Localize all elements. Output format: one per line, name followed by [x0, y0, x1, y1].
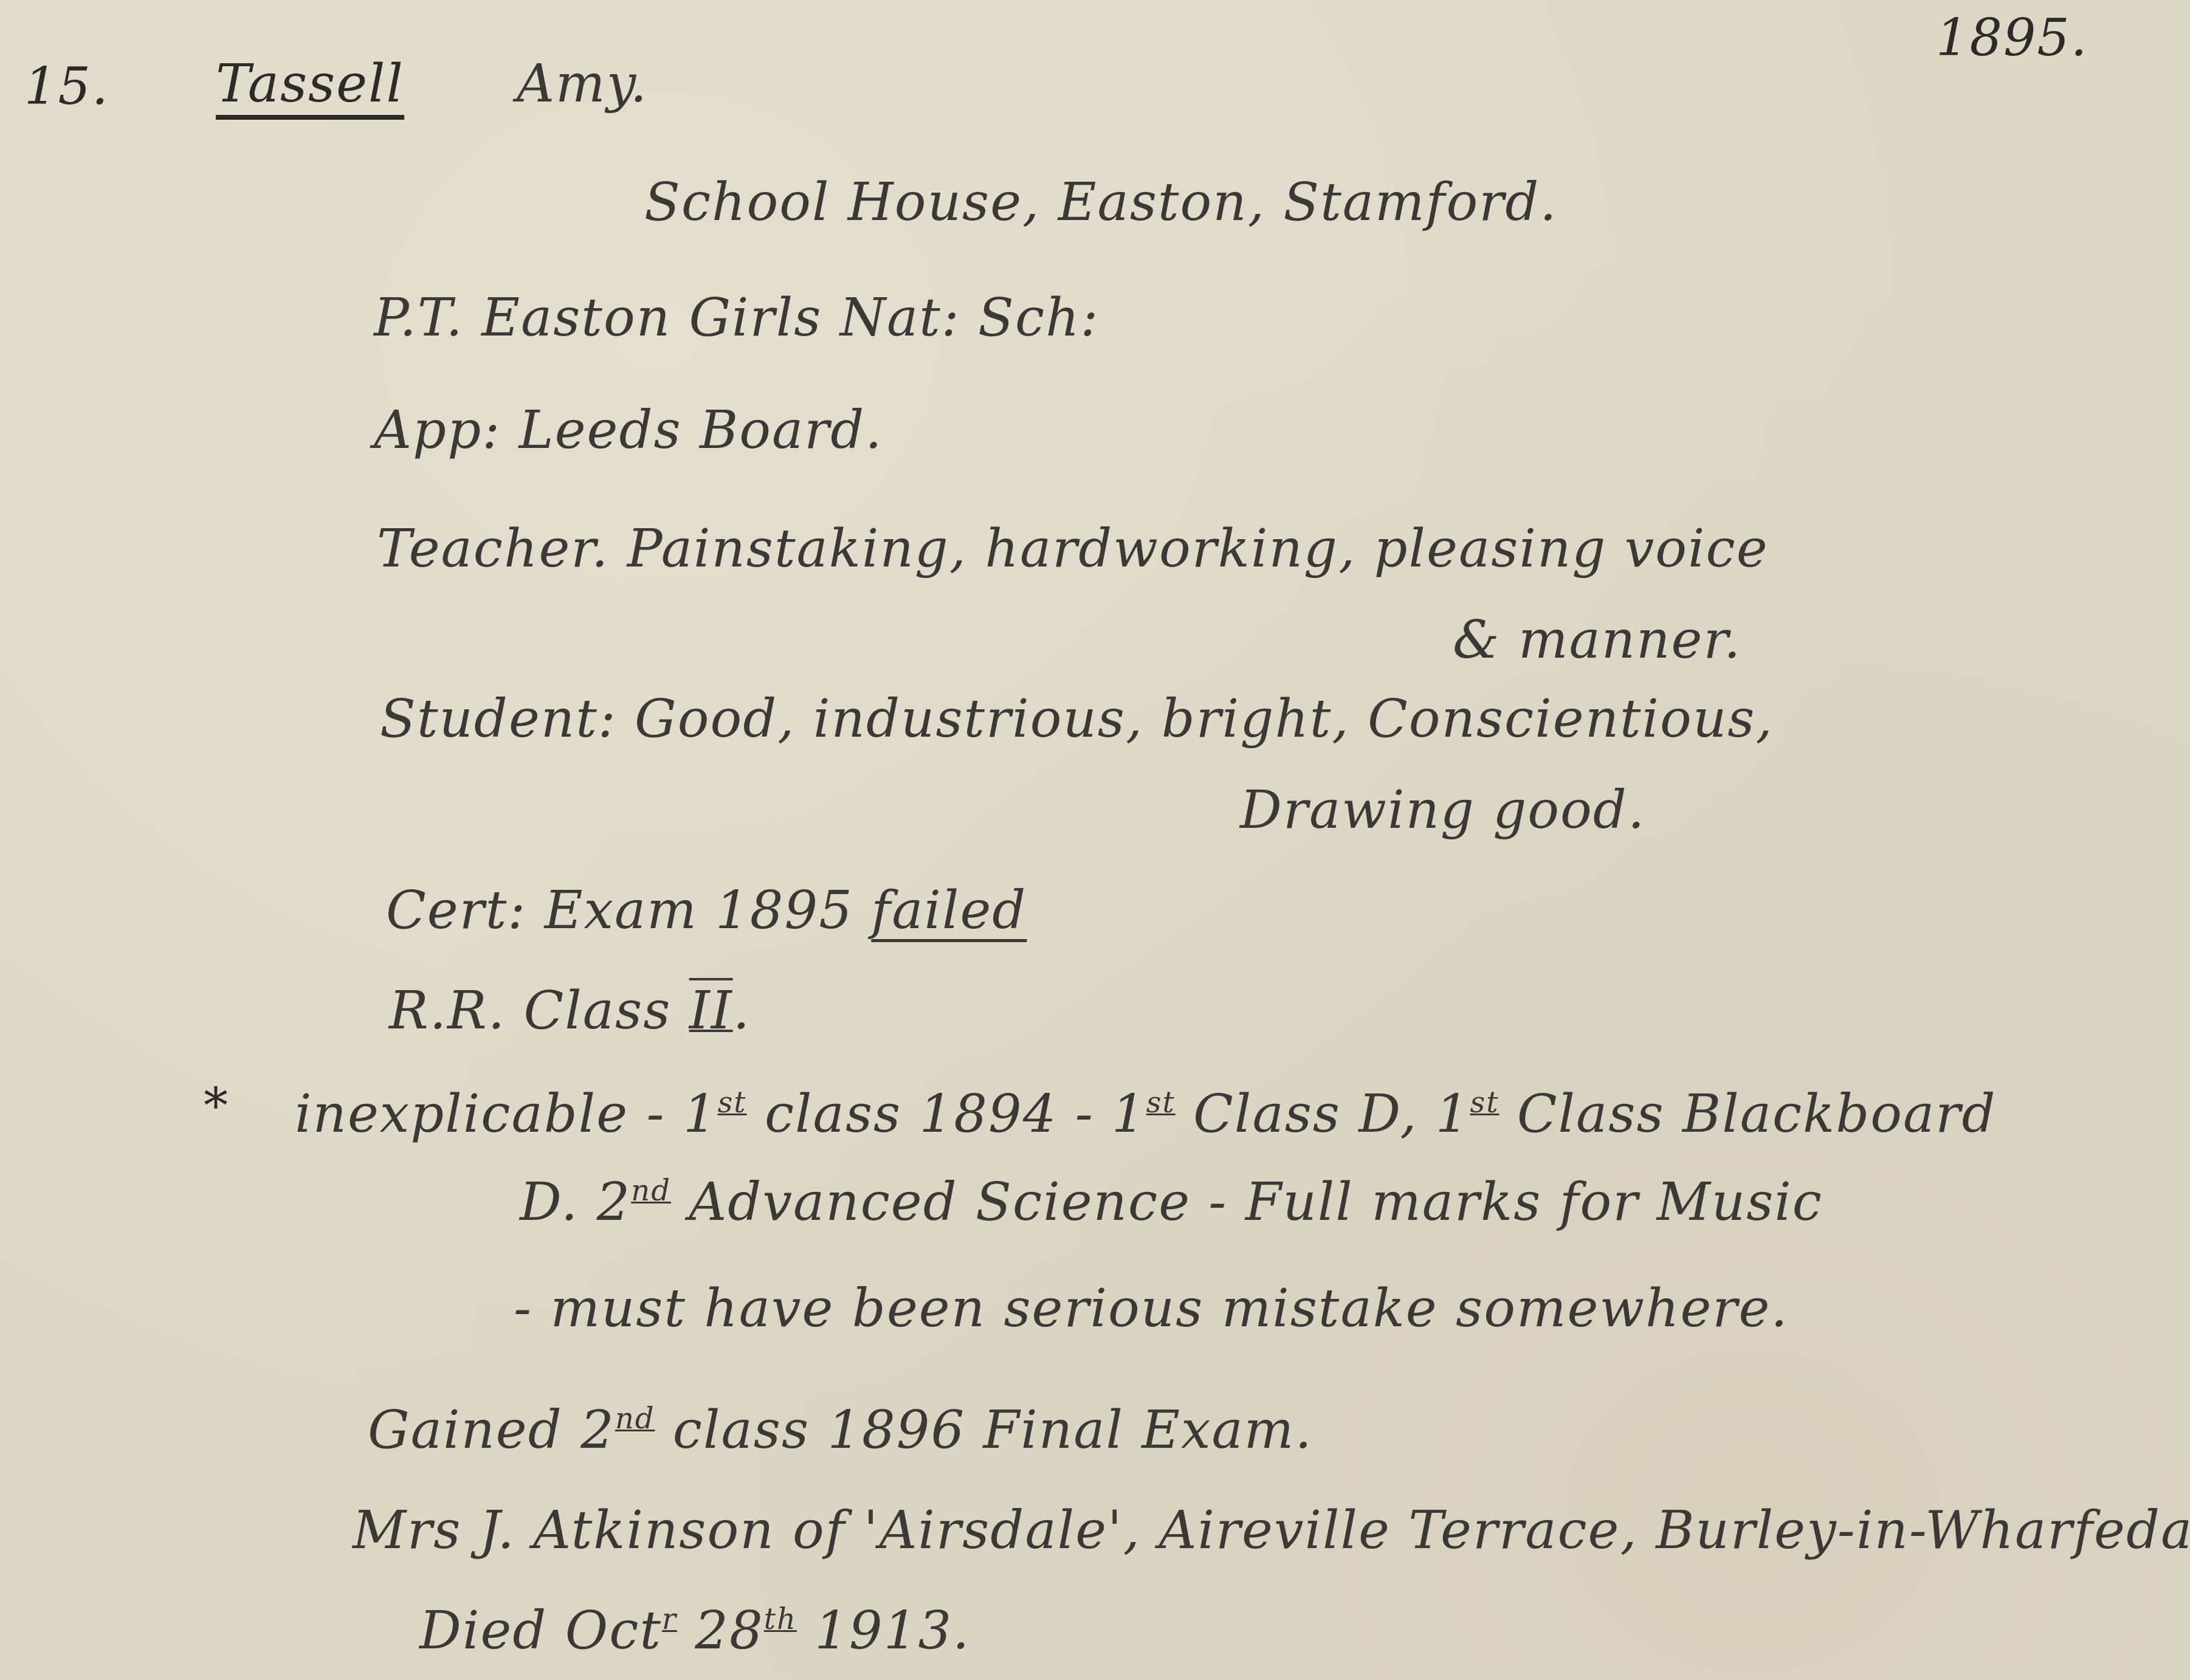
final-exam-result: Gained 2nd class 1896 Final Exam.	[368, 1404, 1313, 1456]
certificate-exam: Cert: Exam 1895 failed	[386, 884, 1027, 937]
married-name-address: Mrs J. Atkinson of 'Airsdale', Aireville…	[353, 1504, 2190, 1557]
appointment: App: Leeds Board.	[374, 404, 883, 456]
teacher-assessment-continued: & manner.	[1453, 614, 1741, 666]
certificate-exam-result: failed	[871, 880, 1027, 941]
forename: Amy.	[517, 58, 648, 110]
ordinal-suffix: r	[662, 1602, 677, 1636]
ledger-page: 1895. 15. Tassell Amy. School House, Eas…	[0, 0, 2190, 1680]
ordinal-suffix: nd	[631, 1174, 671, 1208]
note-line-2: D. 2nd Advanced Science - Full marks for…	[520, 1176, 1823, 1228]
note-line-3: - must have been serious mistake somewhe…	[514, 1282, 1789, 1335]
surname: Tassell	[216, 58, 404, 110]
page-year: 1895.	[1936, 12, 2088, 63]
note-text: class 1894 - 1	[747, 1084, 1146, 1145]
rr-class: R.R. Class II.	[389, 985, 751, 1037]
note-text: inexplicable - 1	[295, 1084, 718, 1145]
student-assessment: Student: Good, industrious, bright, Cons…	[380, 693, 1774, 745]
pupil-teacher-school: P.T. Easton Girls Nat: Sch:	[374, 292, 1100, 344]
note-text: D. 2	[520, 1172, 631, 1233]
entry-number: 15.	[24, 61, 109, 112]
ordinal-suffix: st	[718, 1086, 747, 1120]
ordinal-suffix: th	[764, 1602, 797, 1636]
note-text: 1913.	[797, 1600, 971, 1661]
note-text: class 1896 Final Exam.	[655, 1400, 1313, 1461]
certificate-exam-label: Cert: Exam 1895	[386, 880, 871, 941]
note-text: Gained 2	[368, 1400, 615, 1461]
note-text: Advanced Science - Full marks for Music	[671, 1172, 1823, 1233]
teacher-assessment: Teacher. Painstaking, hardworking, pleas…	[377, 523, 1769, 575]
rr-class-suffix: .	[733, 980, 751, 1041]
note-text: Died Oct	[419, 1600, 662, 1661]
note-text: Class Blackboard	[1499, 1084, 1996, 1145]
asterisk-marker: *	[204, 1082, 229, 1131]
note-text: Class D, 1	[1176, 1084, 1470, 1145]
note-line-1: inexplicable - 1st class 1894 - 1st Clas…	[295, 1088, 1997, 1140]
ordinal-suffix: st	[1146, 1086, 1176, 1120]
note-text: 28	[677, 1600, 764, 1661]
rr-class-label: R.R. Class	[389, 980, 689, 1041]
student-assessment-continued: Drawing good.	[1240, 784, 1645, 836]
rr-class-number: II	[689, 980, 733, 1041]
address: School House, Easton, Stamford.	[644, 176, 1558, 229]
death-date: Died Octr 28th 1913.	[419, 1605, 970, 1657]
ordinal-suffix: nd	[615, 1402, 655, 1436]
ordinal-suffix: st	[1470, 1086, 1500, 1120]
